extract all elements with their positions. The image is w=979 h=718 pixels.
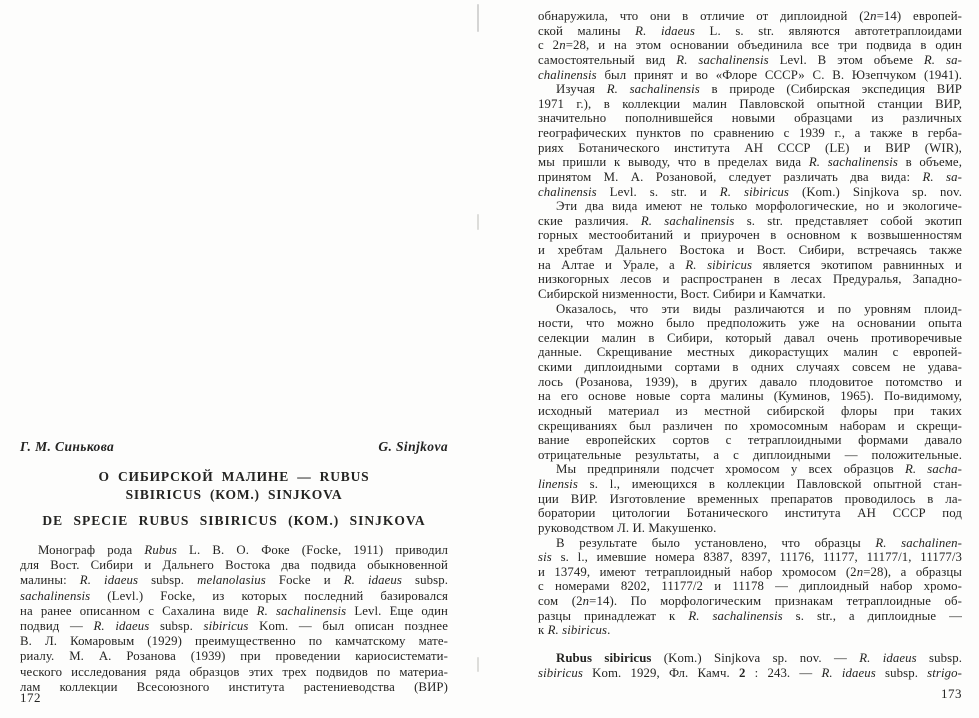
text-line: ской малины R. idaeus L. s. str. являютс…: [538, 24, 962, 39]
text-segment: R. sacha-: [905, 462, 962, 476]
text-segment: subsp.: [402, 573, 448, 587]
text-segment: горных местообитаний и приурочен в основ…: [538, 228, 962, 242]
text-line: ции ВИР. Изготовление временных препарат…: [538, 492, 962, 507]
text-segment: =14) европей-: [877, 9, 962, 23]
text-segment: Rubus sibiricus: [556, 651, 652, 665]
gutter-scan-mark: [477, 214, 479, 230]
text-line: разцы принадлежат к R. sachalinensis s. …: [538, 609, 962, 624]
text-segment: к: [538, 623, 548, 637]
text-segment: R. sachalinensis: [257, 604, 347, 618]
text-line: Эти два вида имеют не только морфологиче…: [538, 199, 962, 214]
text-segment: разцы принадлежат к: [538, 609, 688, 623]
paragraph: Изучая R. sachalinensis в природе (Сибир…: [538, 82, 962, 199]
text-segment: В результате было установлено, что образ…: [556, 536, 875, 550]
text-line: риях Ботанического института АН СССР (LE…: [538, 141, 962, 156]
text-segment: =28), а образцы: [863, 565, 962, 579]
text-segment: ческого исследования ряда образцов этих …: [20, 665, 448, 679]
text-segment: (Kom.) Sinjkova sp. nov.: [789, 185, 962, 199]
text-line: Сибирской низменности, Вост. Сибири и Ка…: [538, 287, 962, 302]
text-segment: subsp.: [138, 573, 197, 587]
text-line: на ранее описанном с Сахалина виде R. sa…: [20, 604, 448, 619]
text-segment: с номерами 8202, 11177/2 и 11178 — дипло…: [538, 579, 962, 593]
text-segment: Монограф рода: [38, 543, 144, 557]
text-line: малины: R. idaeus subsp. melanolasius Fo…: [20, 573, 448, 588]
left-page: Г. М. Синькова G. Sinjkova О СИБИРСКОЙ М…: [20, 439, 448, 695]
paragraph: В результате было установлено, что образ…: [538, 536, 962, 638]
text-segment: R. idaeus: [859, 651, 917, 665]
text-line: самостоятельный вид R. sachalinensis Lev…: [538, 53, 962, 68]
text-line: руководством Л. И. Макушенко.: [538, 521, 962, 536]
article-title-line-2: SIBIRICUS (КОМ.) SINJKOVA: [20, 486, 448, 504]
text-line: Мы предприняли подсчет хромосом у всех о…: [538, 462, 962, 477]
article-title-latin: DE SPECIE RUBUS SIBIRICUS (КОМ.) SINJKOV…: [20, 513, 448, 529]
text-line: Оказалось, что эти виды различаются и по…: [538, 302, 962, 317]
text-line: Монограф рода Rubus L. В. О. Фоке (Focke…: [20, 543, 448, 558]
text-line: лам коллекции Всесоюзного института раст…: [20, 680, 448, 695]
text-segment: R. sachalinensis: [688, 609, 782, 623]
text-segment: R. idaeus: [94, 619, 150, 633]
text-segment: лам коллекции Всесоюзного института раст…: [20, 680, 448, 694]
text-line: подвид — R. idaeus subsp. sibiricus Kom.…: [20, 619, 448, 634]
scanned-book-spread: Г. М. Синькова G. Sinjkova О СИБИРСКОЙ М…: [0, 0, 979, 718]
text-line: низкогорных лесов и распространен в леса…: [538, 272, 962, 287]
text-line: скрещиваниях был различен по хромосомным…: [538, 419, 962, 434]
text-segment: R. idaeus: [80, 573, 138, 587]
article-title-line-1: О СИБИРСКОЙ МАЛИНЕ — RUBUS: [20, 468, 448, 486]
text-segment: Rubus: [144, 543, 177, 557]
text-segment: =14). По морфологическим признакам тетра…: [589, 594, 962, 608]
text-line: 1971 г.), в коллекции малин Павловской о…: [538, 97, 962, 112]
text-line: боратории цитологии Ботанического инстит…: [538, 506, 962, 521]
right-page-body-text: обнаружила, что они в отличие от диплоид…: [538, 9, 962, 680]
text-segment: в объеме,: [898, 155, 962, 169]
text-segment: Kom. — был описан позднее: [249, 619, 448, 633]
text-line: ческого исследования ряда образцов этих …: [20, 665, 448, 680]
text-segment: отрицательные результаты, а с диплоидным…: [538, 448, 962, 462]
text-segment: подвид —: [20, 619, 94, 633]
text-line: скими диплоидными сортами в одних случая…: [538, 360, 962, 375]
author-latin: G. Sinjkova: [378, 439, 448, 455]
text-line: отрицательные результаты, а с диплоидным…: [538, 448, 962, 463]
text-segment: скими диплоидными сортами в одних случая…: [538, 360, 962, 374]
paragraph: Мы предприняли подсчет хромосом у всех о…: [538, 462, 962, 535]
paragraph: Rubus sibiricus (Kom.) Sinjkova sp. nov.…: [538, 651, 962, 680]
text-segment: R. sachalinensis: [607, 82, 700, 96]
text-line: В результате было установлено, что образ…: [538, 536, 962, 551]
text-segment: : 243. —: [745, 666, 821, 680]
text-segment: лось (Розанова, 1939), в других давало п…: [538, 375, 962, 389]
text-segment: исходный материал из местной сибирской ф…: [538, 404, 962, 418]
text-line: В. Л. Комаровым (1929) преимущественно п…: [20, 634, 448, 649]
text-segment: =28, и на этом основании объединила все …: [566, 38, 962, 52]
text-line: мы пришли к выводу, что в пределах вида …: [538, 155, 962, 170]
text-segment: с 2: [538, 38, 559, 52]
page-number-left: 172: [20, 690, 41, 706]
text-segment: sis: [538, 550, 552, 564]
text-segment: географических пунктов по сравнению с 19…: [538, 126, 962, 140]
text-segment: strigo-: [927, 666, 962, 680]
text-segment: сом (2: [538, 594, 583, 608]
text-segment: низкогорных лесов и распространен в леса…: [538, 272, 962, 286]
text-line: риалу. М. А. Розанова (1939) при проведе…: [20, 649, 448, 664]
article-title-russian: О СИБИРСКОЙ МАЛИНЕ — RUBUS SIBIRICUS (КО…: [20, 468, 448, 504]
text-segment: Levl. Еще один: [346, 604, 448, 618]
text-line: на его основе новые сорта малины (Кумино…: [538, 389, 962, 404]
text-segment: на ранее описанном с Сахалина виде: [20, 604, 257, 618]
text-segment: s. str., а диплоидные —: [783, 609, 962, 623]
text-segment: (Levl.) Focke, из которых последний бази…: [90, 589, 448, 603]
text-line: и 13749, имеют тетраплоидный набор хромо…: [538, 565, 962, 580]
text-segment: Kom. 1929, Фл. Камч.: [583, 666, 739, 680]
text-line: селекции малин в Сибири, который давал о…: [538, 331, 962, 346]
text-segment: s. str. представляет собой экотип: [735, 214, 963, 228]
text-segment: и 13749, имеют тетраплоидный набор хромо…: [538, 565, 857, 579]
text-segment: subsp.: [917, 651, 962, 665]
text-segment: Оказалось, что эти виды различаются и по…: [556, 302, 962, 316]
text-segment: риях Ботанического института АН СССР (LE…: [538, 141, 962, 155]
text-segment: L. В. О. Фоке (Focke, 1911) приводил: [177, 543, 448, 557]
text-segment: Сибирской низменности, Вост. Сибири и Ка…: [538, 287, 826, 301]
text-segment: R. idaeus: [344, 573, 402, 587]
text-segment: обнаружила, что они в отличие от диплоид…: [538, 9, 870, 23]
text-line: sachalinensis (Levl.) Focke, из которых …: [20, 589, 448, 604]
text-segment: subsp.: [149, 619, 203, 633]
text-segment: R. sachalinensis: [809, 155, 898, 169]
text-line: chalinensis Levl. s. str. и R. sibiricus…: [538, 185, 962, 200]
text-segment: R. sachalinensis: [641, 214, 735, 228]
text-line: Rubus sibiricus (Kom.) Sinjkova sp. nov.…: [538, 651, 962, 666]
text-line: ности, что можно было предположить уже н…: [538, 316, 962, 331]
text-segment: s. l., имевшие номера 8387, 8397, 11176,…: [552, 550, 962, 564]
text-segment: 1971 г.), в коллекции малин Павловской о…: [538, 97, 962, 111]
text-segment: .: [607, 623, 610, 637]
gutter-scan-mark: [477, 4, 479, 32]
text-segment: linensis: [538, 477, 578, 491]
text-line: лось (Розанова, 1939), в других давало п…: [538, 375, 962, 390]
text-segment: Эти два вида имеют не только морфологиче…: [556, 199, 962, 213]
text-segment: L. s. str. являются автотетраплоидами: [695, 24, 962, 38]
text-segment: риалу. М. А. Розанова (1939) при проведе…: [20, 649, 448, 663]
text-line: сом (2n=14). По морфологическим признака…: [538, 594, 962, 609]
text-segment: Levl. В этом объеме: [769, 53, 924, 67]
text-segment: на Алтае и Урале, а: [538, 258, 685, 272]
text-line: вание европейских сортов с тетраплоидным…: [538, 433, 962, 448]
text-segment: принятом М. А. Розановой, следует различ…: [538, 170, 922, 184]
text-line: горных местообитаний и приурочен в основ…: [538, 228, 962, 243]
paragraph: обнаружила, что они в отличие от диплоид…: [538, 9, 962, 82]
text-segment: руководством Л. И. Макушенко.: [538, 521, 716, 535]
paragraph: Оказалось, что эти виды различаются и по…: [538, 302, 962, 463]
text-segment: скрещиваниях был различен по хромосомным…: [538, 419, 962, 433]
text-segment: melanolasius: [197, 573, 266, 587]
text-line: значительно пополнившейся новыми образца…: [538, 111, 962, 126]
text-segment: боратории цитологии Ботанического инстит…: [538, 506, 962, 520]
text-segment: ской малины: [538, 24, 635, 38]
text-segment: ности, что можно было предположить уже н…: [538, 316, 962, 330]
text-line: к R. sibiricus.: [538, 623, 962, 638]
text-line: с номерами 8202, 11177/2 и 11178 — дипло…: [538, 579, 962, 594]
text-segment: был принят и во «Флоре СССР» С. В. Юзепч…: [597, 68, 962, 82]
text-segment: chalinensis: [538, 68, 597, 82]
text-segment: s. l., имеющихся в коллекции Павловской …: [578, 477, 962, 491]
text-segment: для Вост. Сибири и Дальнего Востока два …: [20, 558, 448, 572]
text-segment: является экотипом равнинных и: [752, 258, 962, 272]
text-line: на Алтае и Урале, а R. sibiricus являетс…: [538, 258, 962, 273]
text-line: принятом М. А. Розановой, следует различ…: [538, 170, 962, 185]
text-segment: R. sachalinen-: [875, 536, 962, 550]
text-segment: chalinensis: [538, 185, 597, 199]
text-line: с 2n=28, и на этом основании объединила …: [538, 38, 962, 53]
page-number-right: 173: [538, 686, 962, 702]
text-segment: В. Л. Комаровым (1929) преимущественно п…: [20, 634, 448, 648]
text-segment: sibiricus: [538, 666, 583, 680]
text-segment: ские различия.: [538, 214, 641, 228]
authors-row: Г. М. Синькова G. Sinjkova: [20, 439, 448, 455]
text-segment: R. sibiricus: [548, 623, 608, 637]
text-segment: и хребтам Дальнего Востока и Вост. Сибир…: [538, 243, 962, 257]
text-segment: на его основе новые сорта малины (Кумино…: [538, 389, 962, 403]
text-line: исходный материал из местной сибирской ф…: [538, 404, 962, 419]
text-segment: селекции малин в Сибири, который давал о…: [538, 331, 962, 345]
text-line: данные. Скрещивание местных дикорастущих…: [538, 345, 962, 360]
text-segment: sachalinensis: [20, 589, 90, 603]
text-segment: в природе (Сибирская экспедиция ВИР: [700, 82, 962, 96]
text-segment: ции ВИР. Изготовление временных препарат…: [538, 492, 962, 506]
text-segment: мы пришли к выводу, что в пределах вида: [538, 155, 809, 169]
text-line: sis s. l., имевшие номера 8387, 8397, 11…: [538, 550, 962, 565]
text-line: для Вост. Сибири и Дальнего Востока два …: [20, 558, 448, 573]
text-segment: Focke и: [266, 573, 344, 587]
text-segment: R. idaeus: [821, 666, 875, 680]
text-segment: subsp.: [876, 666, 927, 680]
text-segment: вание европейских сортов с тетраплоидным…: [538, 433, 962, 447]
text-segment: R. sa-: [922, 170, 962, 184]
text-line: Изучая R. sachalinensis в природе (Сибир…: [538, 82, 962, 97]
text-segment: малины:: [20, 573, 80, 587]
text-segment: sibiricus: [204, 619, 249, 633]
text-segment: самостоятельный вид: [538, 53, 676, 67]
right-page: обнаружила, что они в отличие от диплоид…: [538, 9, 962, 680]
author-cyrillic: Г. М. Синькова: [20, 439, 114, 455]
text-line: географических пунктов по сравнению с 19…: [538, 126, 962, 141]
gutter-scan-mark: [477, 657, 479, 672]
text-line: linensis s. l., имеющихся в коллекции Па…: [538, 477, 962, 492]
text-segment: R. sibiricus: [720, 185, 789, 199]
text-segment: R. sa-: [924, 53, 962, 67]
paragraph: Монограф рода Rubus L. В. О. Фоке (Focke…: [20, 543, 448, 695]
text-segment: Levl. s. str. и: [597, 185, 720, 199]
text-segment: значительно пополнившейся новыми образца…: [538, 111, 962, 125]
text-segment: R. sachalinensis: [676, 53, 768, 67]
text-line: обнаружила, что они в отличие от диплоид…: [538, 9, 962, 24]
text-line: sibiricus Kom. 1929, Фл. Камч. 2 : 243. …: [538, 666, 962, 681]
text-segment: Изучая: [556, 82, 607, 96]
text-line: и хребтам Дальнего Востока и Вост. Сибир…: [538, 243, 962, 258]
text-line: chalinensis был принят и во «Флоре СССР»…: [538, 68, 962, 83]
text-line: ские различия. R. sachalinensis s. str. …: [538, 214, 962, 229]
text-segment: R. sibiricus: [685, 258, 752, 272]
paragraph: Эти два вида имеют не только морфологиче…: [538, 199, 962, 301]
text-segment: Мы предприняли подсчет хромосом у всех о…: [556, 462, 905, 476]
text-segment: данные. Скрещивание местных дикорастущих…: [538, 345, 962, 359]
text-segment: (Kom.) Sinjkova sp. nov. —: [652, 651, 860, 665]
left-page-body-text: Монограф рода Rubus L. В. О. Фоке (Focke…: [20, 543, 448, 695]
text-segment: R. idaeus: [635, 24, 695, 38]
